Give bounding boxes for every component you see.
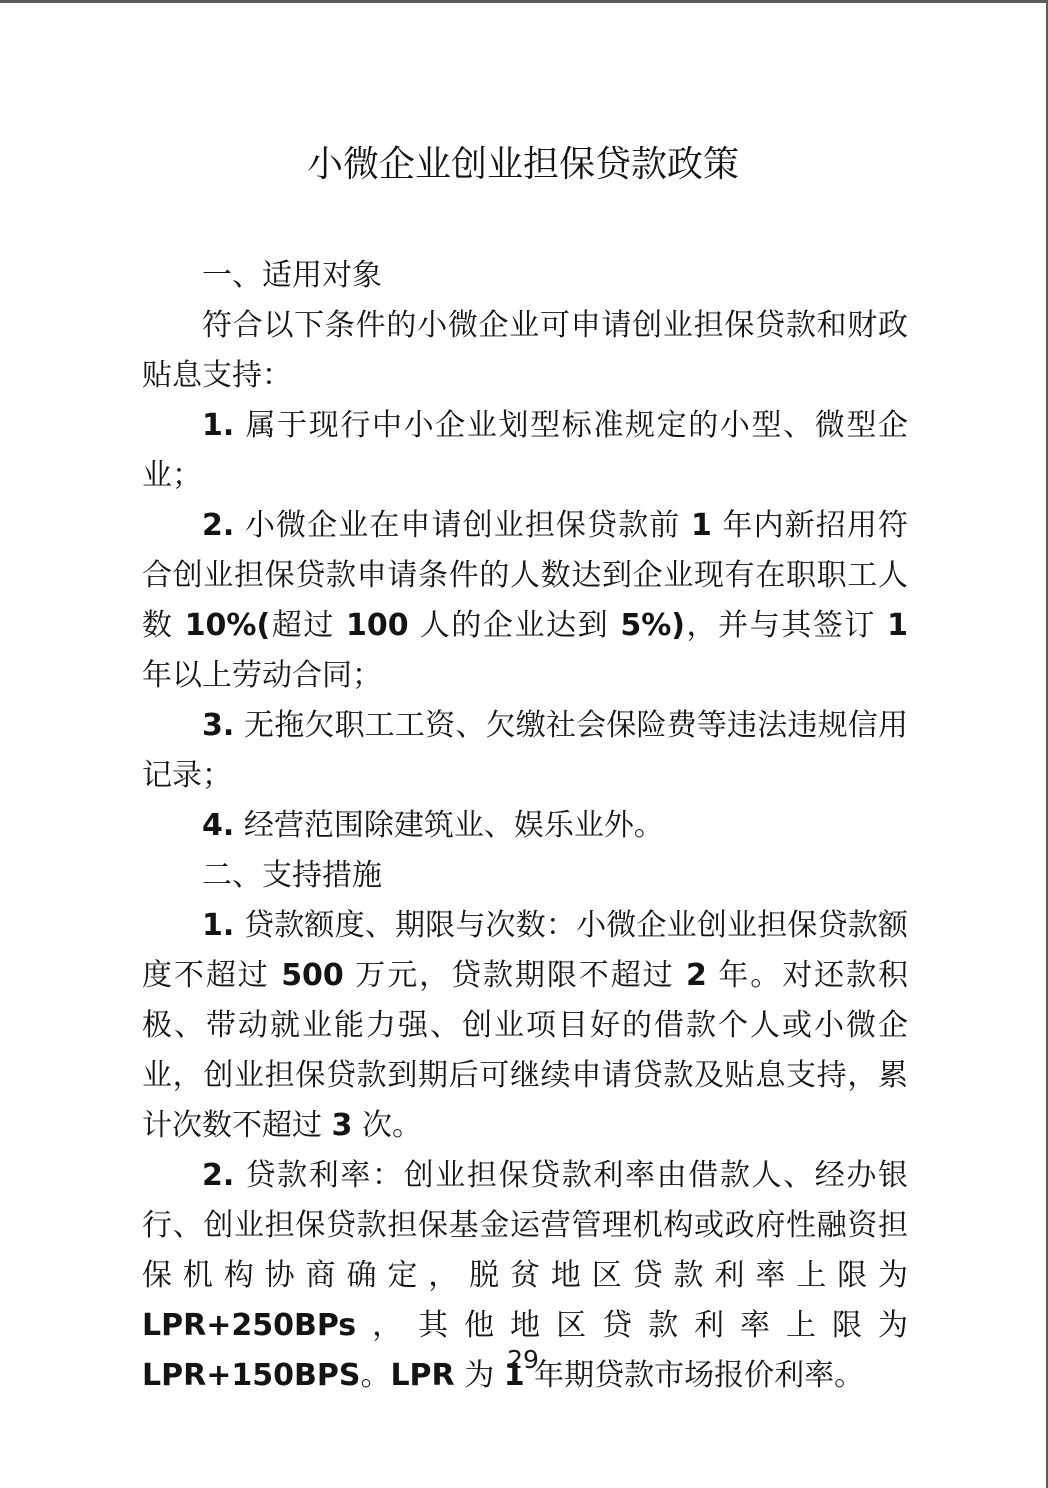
page-number: 29	[0, 1344, 1046, 1376]
section-1-item-1: 1. 属于现行中小企业划型标准规定的小型、微型企业；	[142, 401, 908, 501]
section-1-heading: 一、适用对象	[142, 251, 908, 301]
document-body: 一、适用对象 符合以下条件的小微企业可申请创业担保贷款和财政贴息支持： 1. 属…	[142, 251, 908, 1401]
section-1-intro-paragraph: 符合以下条件的小微企业可申请创业担保贷款和财政贴息支持：	[142, 301, 908, 401]
section-1-item-2: 2. 小微企业在申请创业担保贷款前 1 年内新招用符合创业担保贷款申请条件的人数…	[142, 501, 908, 701]
document-title: 小微企业创业担保贷款政策	[0, 141, 1046, 189]
document-page: 小微企业创业担保贷款政策 一、适用对象 符合以下条件的小微企业可申请创业担保贷款…	[0, 0, 1048, 1488]
section-2-item-1: 1. 贷款额度、期限与次数：小微企业创业担保贷款额度不超过 500 万元，贷款期…	[142, 901, 908, 1151]
section-1-item-4: 4. 经营范围除建筑业、娱乐业外。	[142, 801, 908, 851]
section-1-item-3: 3. 无拖欠职工工资、欠缴社会保险费等违法违规信用记录；	[142, 701, 908, 801]
section-2-heading: 二、支持措施	[142, 851, 908, 901]
